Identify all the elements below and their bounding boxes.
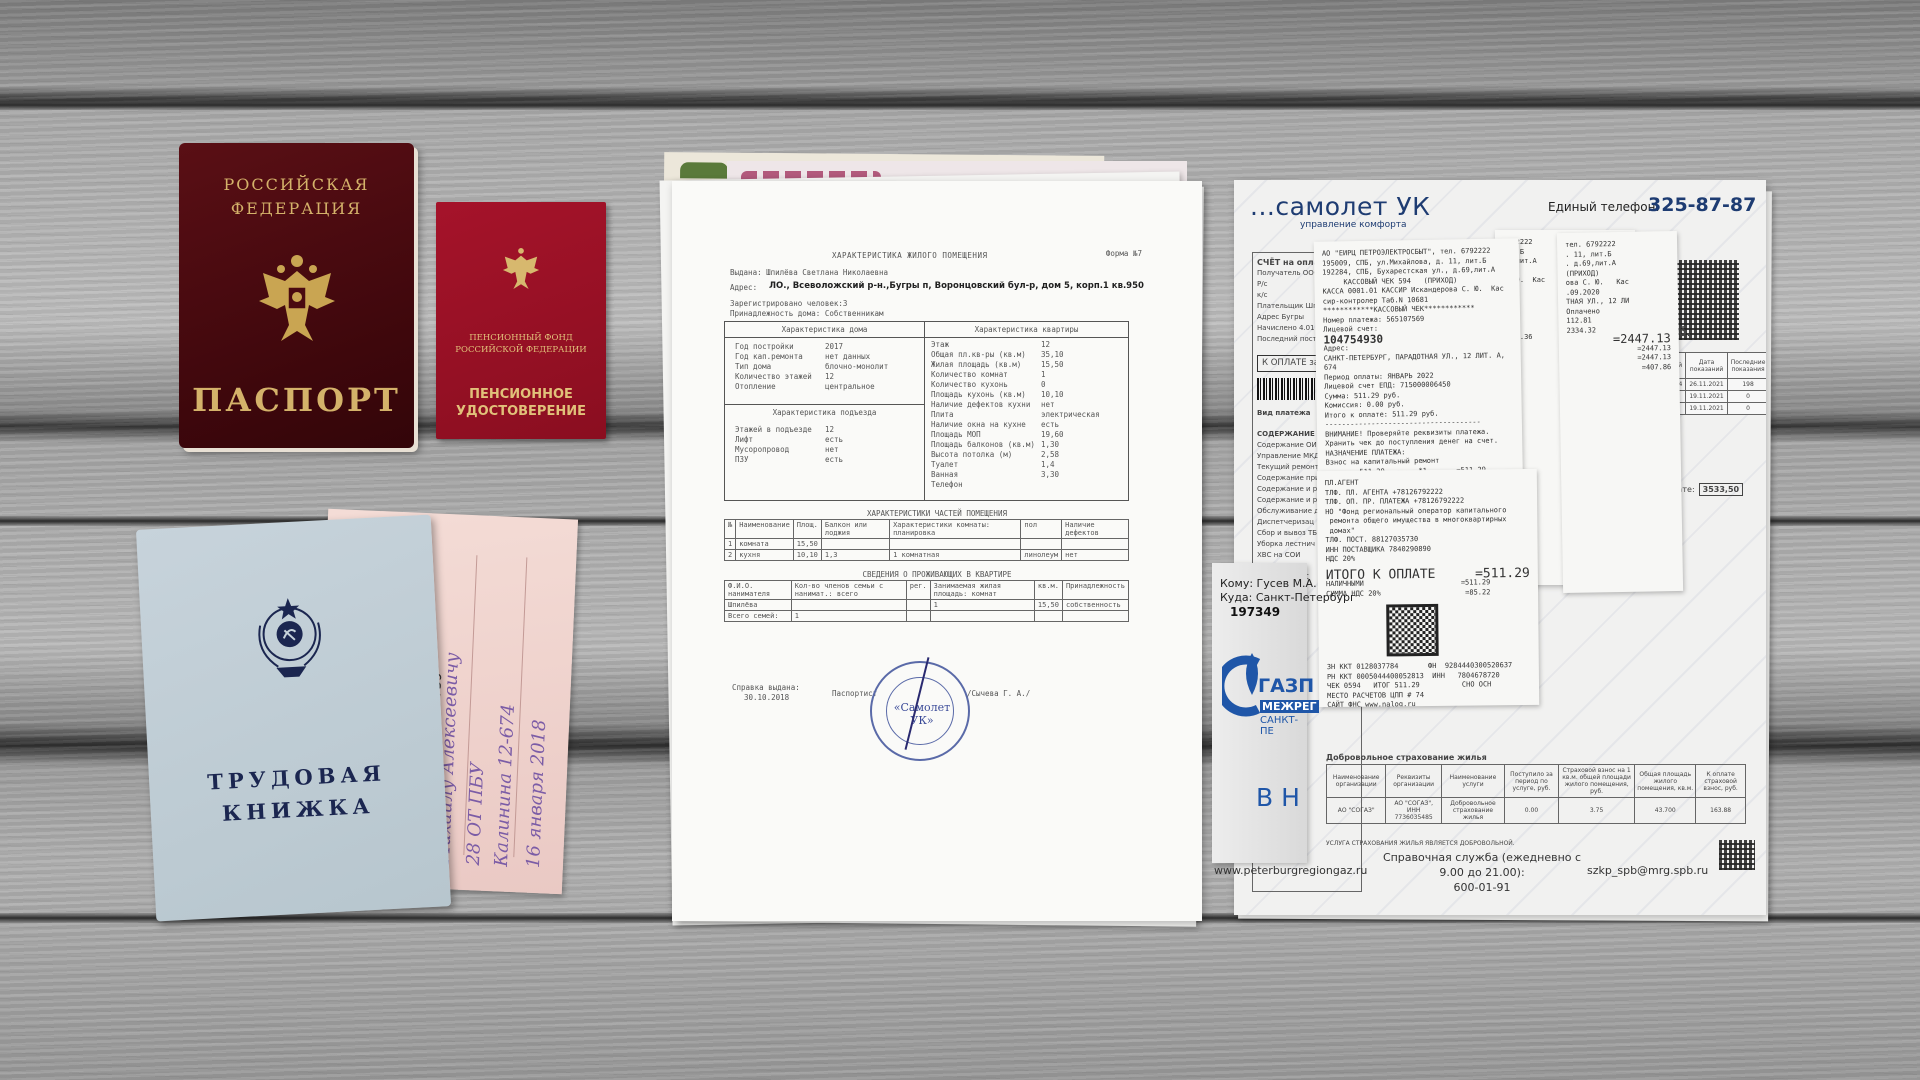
pension-org-line2: РОССИЙСКОЙ ФЕДЕРАЦИИ	[436, 344, 606, 356]
kv-row: Количество комнат1	[931, 370, 1122, 380]
doc-registered: Зарегистрировано человек:3	[730, 299, 847, 308]
passport-line2: ФЕДЕРАЦИЯ	[179, 197, 414, 221]
housing-characteristics-document: ХАРАКТЕРИСТИКА ЖИЛОГО ПОМЕЩЕНИЯ Форма №7…	[672, 181, 1202, 921]
parts-table: №НаименованиеПлощ.Балкон или лоджияХарак…	[724, 519, 1129, 561]
envelope-address: Кому: Гусев М.А. Куда: Санкт-Петербург	[1220, 577, 1356, 605]
kv-value: электрическая	[1041, 410, 1100, 420]
kv-row: Общая пл.кв-ры (кв.м)35,10	[931, 350, 1122, 360]
meter-cell: 198	[1727, 379, 1766, 391]
house-header: Характеристика дома	[725, 322, 924, 338]
pension-certificate: ПЕНСИОННЫЙ ФОНД РОССИЙСКОЙ ФЕДЕРАЦИИ ПЕН…	[436, 202, 606, 439]
passport-officer-label: Паспортист	[832, 689, 877, 698]
envelope-to: Кому: Гусев М.А.	[1220, 577, 1356, 591]
table-cell: собственность	[1062, 600, 1128, 611]
insurance-cell: 163.88	[1696, 798, 1746, 824]
insurance-title: Добровольное страхование жилья	[1326, 753, 1487, 762]
gas-email: szkp_spb@mrg.spb.ru	[1587, 864, 1708, 877]
column-header: Площ.	[793, 520, 821, 539]
issued-date: 30.10.2018	[732, 693, 800, 703]
kv-value: 15,50	[1041, 360, 1064, 370]
column-header: Принадлежность	[1062, 581, 1128, 600]
table-row: 2кухня10,101,31 комнатнаялинолеумнет	[725, 550, 1129, 561]
kv-key: Жилая площадь (кв.м)	[931, 360, 1041, 370]
column-header: Ф.И.О. нанимателя	[725, 581, 792, 600]
kv-value: центральное	[825, 382, 875, 392]
doc-address: ЛО., Всеволожский р-н.,Бугры п, Воронцов…	[769, 281, 1144, 291]
gas-envelope: Кому: Гусев М.А. Куда: Санкт-Петербург 1…	[1212, 563, 1307, 863]
meter-header: Дата показаний	[1686, 353, 1727, 379]
column-header: Характеристики комнаты: планировка	[890, 520, 1021, 539]
kv-key: Лифт	[735, 435, 825, 445]
table-cell: линолеум	[1021, 550, 1062, 561]
kv-value: нет данных	[825, 352, 870, 362]
bill-phone: 325-87-87	[1648, 194, 1756, 216]
apartment-rows: Этаж12Общая пл.кв-ры (кв.м)35,10Жилая пл…	[925, 338, 1128, 492]
meter-header: Последние показания	[1727, 353, 1766, 379]
table-cell: нет	[1062, 550, 1129, 561]
total-value: 3533,50	[1699, 483, 1743, 496]
kv-row: Год кап.ремонтанет данных	[735, 352, 914, 362]
pension-org: ПЕНСИОННЫЙ ФОНД РОССИЙСКОЙ ФЕДЕРАЦИИ	[436, 332, 606, 356]
issued-label: Справка выдана:	[732, 683, 800, 693]
table-cell	[1062, 611, 1128, 622]
column-header: Занимаемая жилая площадь: комнат	[930, 581, 1034, 600]
house-rows: Год постройки2017Год кап.ремонтанет данн…	[725, 338, 924, 396]
kv-value: нет	[1041, 400, 1055, 410]
kv-key: Общая пл.кв-ры (кв.м)	[931, 350, 1041, 360]
kv-row: Жилая площадь (кв.м)15,50	[931, 360, 1122, 370]
entrance-section: Характеристика подъезда Этажей в подъезд…	[725, 404, 924, 469]
table-cell: 10,10	[793, 550, 821, 561]
kv-row: Отоплениецентральное	[735, 382, 914, 392]
kv-value: 1	[1041, 370, 1046, 380]
table-cell: 1,3	[821, 550, 889, 561]
table-cell	[1021, 539, 1062, 550]
kv-key: Площадь балконов (кв.м)	[931, 440, 1041, 450]
insurance-cell: 43.700	[1635, 798, 1696, 824]
gas-service-phone: 600-01-91	[1372, 880, 1592, 895]
kv-row: Наличие дефектов кухнинет	[931, 400, 1122, 410]
kv-key: Площадь МОП	[931, 430, 1041, 440]
kv-row: Количество кухонь0	[931, 380, 1122, 390]
kv-value: 12	[825, 425, 834, 435]
gas-website: www.peterburgregiongaz.ru	[1214, 864, 1367, 877]
column-header: кв.м.	[1034, 581, 1062, 600]
plank-seam	[0, 100, 1920, 110]
insurance-cell: 3.75	[1558, 798, 1634, 824]
table-header-row: Ф.И.О. нанимателяКол-во членов семьи с н…	[725, 581, 1129, 600]
envelope-big-text: ВН	[1256, 783, 1308, 812]
kv-key: Наличие дефектов кухни	[931, 400, 1041, 410]
kv-row: Туалет1,4	[931, 460, 1122, 470]
kv-key: Год постройки	[735, 342, 825, 352]
kv-key: Плита	[931, 410, 1041, 420]
gas-service: Справочная служба (ежедневно с 9.00 до 2…	[1372, 850, 1592, 895]
column-header: №	[725, 520, 736, 539]
kv-row: Мусоропроводнет	[735, 445, 914, 455]
kv-row: Этажей в подъезде12	[735, 425, 914, 435]
kv-key: ПЗУ	[735, 455, 825, 465]
banknote-ornament	[680, 162, 728, 178]
kv-row: Площадь кухонь (кв.м)10,10	[931, 390, 1122, 400]
table-cell	[821, 539, 889, 550]
table-row: 1комната15,50	[725, 539, 1129, 550]
envelope-zip: 197349	[1230, 605, 1280, 619]
kv-row: Плитаэлектрическая	[931, 410, 1122, 420]
table-cell	[1034, 611, 1062, 622]
meter-cell: 26.11.2021	[1686, 379, 1727, 391]
insurance-header: Реквизиты организации	[1386, 765, 1442, 798]
table-cell	[890, 539, 1021, 550]
passport-line1: РОССИЙСКАЯ	[179, 173, 414, 197]
characteristics-box: Характеристика дома Год постройки2017Год…	[724, 321, 1129, 501]
handwriting-line: 28 ОТ ПБУ	[463, 605, 490, 865]
kv-row: Тип домаблочно-монолит	[735, 362, 914, 372]
insurance-note: УСЛУГА СТРАХОВАНИЯ ЖИЛЬЯ ЯВЛЯЕТСЯ ДОБРОВ…	[1326, 840, 1746, 848]
table-row: Шпилёва115,50собственность	[725, 600, 1129, 611]
house-column: Характеристика дома Год постройки2017Год…	[725, 322, 925, 500]
insurance-header: Наименование организации	[1327, 765, 1386, 798]
column-header: Наименование	[736, 520, 794, 539]
meter-cell: 0	[1727, 403, 1766, 415]
kv-key: Туалет	[931, 460, 1041, 470]
kv-value: 1,4	[1041, 460, 1055, 470]
kv-value: 12	[1041, 340, 1050, 350]
double-headed-eagle-icon	[501, 246, 541, 292]
receipt-line: СУММА НДС 20% =85.22	[1326, 587, 1530, 599]
insurance-header: К оплате страховой взнос, руб.	[1696, 765, 1746, 798]
receipt-amount: =407.86	[1567, 363, 1671, 374]
table-cell: 1	[725, 539, 736, 550]
doc-ownership: Принадлежность дома: Собственникам	[730, 309, 884, 318]
gazprom-brand-line3: САНКТ-ПЕ	[1260, 715, 1307, 737]
kv-row: Высота потолка (м)2,58	[931, 450, 1122, 460]
kv-value: 35,10	[1041, 350, 1064, 360]
receipt: АО "ЕИРЦ ПЕТРОЭЛЕКТРОСБЫТ", тел. 6792222…	[1314, 238, 1524, 504]
company-stamp: «Самолет УК»	[870, 661, 970, 761]
kv-value: 1,30	[1041, 440, 1059, 450]
parts-title: ХАРАКТЕРИСТИКИ ЧАСТЕЙ ПОМЕЩЕНИЯ	[672, 509, 1202, 518]
kv-key: Мусоропровод	[735, 445, 825, 455]
residents-title: СВЕДЕНИЯ О ПРОЖИВАЮЩИХ В КВАРТИРЕ	[672, 570, 1202, 579]
ussr-emblem-icon	[244, 592, 334, 682]
handwriting-line: 16 января 2018	[523, 608, 550, 868]
officer-name: /Сычева Г. А./	[967, 689, 1030, 698]
kv-key: Этаж	[931, 340, 1041, 350]
apartment-header: Характеристика квартиры	[925, 322, 1128, 338]
gazprom-brand: ГАЗП	[1258, 675, 1314, 697]
kv-key: Количество этажей	[735, 372, 825, 382]
kv-row: Этаж12	[931, 340, 1122, 350]
table-cell: 15,50	[793, 539, 821, 550]
kv-row: Площадь балконов (кв.м)1,30	[931, 440, 1122, 450]
table-cell: 2	[725, 550, 736, 561]
kv-row: Телефон	[931, 480, 1122, 490]
kv-value: есть	[825, 435, 843, 445]
doc-title: ХАРАКТЕРИСТИКА ЖИЛОГО ПОМЕЩЕНИЯ	[832, 251, 987, 260]
envelope-where: Куда: Санкт-Петербург	[1220, 591, 1356, 605]
entrance-rows: Этажей в подъезде12ЛифтестьМусоропроводн…	[725, 421, 924, 469]
kv-key: Количество комнат	[931, 370, 1041, 380]
work-book-title: ТРУДОВАЯ КНИЖКА	[149, 754, 447, 833]
kv-value: 0	[1041, 380, 1046, 390]
receipt: тел. 6792222. 11, лит.Б. д.69,лит.А(ПРИХ…	[1557, 231, 1683, 593]
insurance-header-row: Наименование организацииРеквизиты органи…	[1327, 765, 1746, 798]
insurance-row: АО "СОГАЗ"АО "СОГАЗ", ИНН 7736035485Добр…	[1327, 798, 1746, 824]
column-header: пол	[1021, 520, 1062, 539]
insurance-cell: 0.00	[1505, 798, 1559, 824]
insurance-cell: АО "СОГАЗ"	[1327, 798, 1386, 824]
kv-key: Ванная	[931, 470, 1041, 480]
work-book: ТРУДОВАЯ КНИЖКА	[136, 515, 451, 922]
table-cell: 15,50	[1034, 600, 1062, 611]
apartment-column: Характеристика квартиры Этаж12Общая пл.к…	[925, 322, 1128, 500]
insurance-header: Наименование услуги	[1441, 765, 1504, 798]
gas-footer: www.peterburgregiongaz.ru Справочная слу…	[1212, 850, 1772, 895]
double-headed-eagle-icon	[255, 251, 339, 347]
kv-row: Наличие окна на кухнеесть	[931, 420, 1122, 430]
kv-key: Тип дома	[735, 362, 825, 372]
pension-title-line2: УДОСТОВЕРЕНИЕ	[436, 403, 606, 420]
table-cell: 1 комнатная	[890, 550, 1021, 561]
table-cell	[906, 611, 930, 622]
column-header: Кол-во членов семьи с нанимат.: всего	[791, 581, 906, 600]
receipt-qr-code	[1386, 604, 1439, 657]
meter-cell: 19.11.2021	[1686, 391, 1727, 403]
kv-row: Год постройки2017	[735, 342, 914, 352]
kv-key: Высота потолка (м)	[931, 450, 1041, 460]
kv-row: Количество этажей12	[735, 372, 914, 382]
insurance-table: Наименование организацииРеквизиты органи…	[1326, 764, 1746, 824]
doc-issued-to: Выдана: Шпилёва Светлана Николаевна	[730, 268, 888, 277]
receipt-total-value: =511.29	[1475, 568, 1530, 578]
kv-row: ПЗУесть	[735, 455, 914, 465]
kv-value: 10,10	[1041, 390, 1064, 400]
table-cell	[930, 611, 1034, 622]
kv-key: Отопление	[735, 382, 825, 392]
passport-country-text: РОССИЙСКАЯ ФЕДЕРАЦИЯ	[179, 173, 414, 221]
kv-value: 2017	[825, 342, 843, 352]
kv-key: Количество кухонь	[931, 380, 1041, 390]
residents-total-row: Всего семей:1	[725, 611, 1129, 622]
insurance-header: Поступило за период по услуге, руб.	[1505, 765, 1559, 798]
passport-title: ПАСПОРТ	[179, 381, 414, 419]
meter-cell: 0	[1727, 391, 1766, 403]
doc-form-number: Форма №7	[1106, 249, 1142, 258]
column-header: Наличие дефектов	[1062, 520, 1129, 539]
kv-value: 3,30	[1041, 470, 1059, 480]
total-label: Всего семей:	[725, 611, 792, 622]
kv-value: 12	[825, 372, 834, 382]
insurance-cell: Добровольное страхование жилья	[1441, 798, 1504, 824]
pension-title: ПЕНСИОННОЕ УДОСТОВЕРЕНИЕ	[436, 386, 606, 420]
table-cell: Шпилёва	[725, 600, 792, 611]
table-cell: кухня	[736, 550, 794, 561]
doc-address-label: Адрес:	[730, 283, 757, 292]
kv-value: есть	[1041, 420, 1059, 430]
kv-row: Лифтесть	[735, 435, 914, 445]
bill-brand-logo: ...самолет УК	[1250, 192, 1430, 221]
kv-key: Площадь кухонь (кв.м)	[931, 390, 1041, 400]
passport: РОССИЙСКАЯ ФЕДЕРАЦИЯ ПАСПОРТ	[179, 143, 414, 448]
total-value: 1	[791, 611, 906, 622]
kv-key: Наличие окна на кухне	[931, 420, 1041, 430]
kv-row: Площадь МОП19,60	[931, 430, 1122, 440]
pension-title-line1: ПЕНСИОННОЕ	[436, 386, 606, 403]
stamp-text: «Самолет УК»	[882, 701, 962, 727]
kv-row: Ванная3,30	[931, 470, 1122, 480]
kv-value: 2,58	[1041, 450, 1059, 460]
table-cell: комната	[736, 539, 794, 550]
meter-cell: 19.11.2021	[1686, 403, 1727, 415]
kv-key: Этажей в подъезде	[735, 425, 825, 435]
bill-phone-label: Единый телефон:	[1548, 200, 1660, 214]
table-header-row: №НаименованиеПлощ.Балкон или лоджияХарак…	[725, 520, 1129, 539]
insurance-cell: АО "СОГАЗ", ИНН 7736035485	[1386, 798, 1442, 824]
table-cell	[791, 600, 906, 611]
insurance-header: Общая площадь жилого помещения, кв.м.	[1635, 765, 1696, 798]
table-cell: 1	[930, 600, 1034, 611]
kv-value: 19,60	[1041, 430, 1064, 440]
gas-service-label: Справочная служба (ежедневно с 9.00 до 2…	[1372, 850, 1592, 880]
entrance-header: Характеристика подъезда	[725, 405, 924, 421]
insurance-header: Страховой взнос на 1 кв.м. общей площади…	[1558, 765, 1634, 798]
kv-value: блочно-монолит	[825, 362, 888, 372]
gazprom-brand-line2: МЕЖРЕГ	[1260, 700, 1319, 713]
table-cell	[906, 600, 930, 611]
bill-slogan: управление комфорта	[1300, 220, 1407, 230]
kv-value: нет	[825, 445, 839, 455]
pension-org-line1: ПЕНСИОННЫЙ ФОНД	[436, 332, 606, 344]
table-cell	[1062, 539, 1129, 550]
column-header: Балкон или лоджия	[821, 520, 889, 539]
issued-block: Справка выдана: 30.10.2018	[732, 683, 800, 703]
kv-key: Год кап.ремонта	[735, 352, 825, 362]
kv-key: Телефон	[931, 480, 1041, 490]
kv-value: есть	[825, 455, 843, 465]
residents-table: Ф.И.О. нанимателяКол-во членов семьи с н…	[724, 580, 1129, 622]
column-header: рег.	[906, 581, 930, 600]
